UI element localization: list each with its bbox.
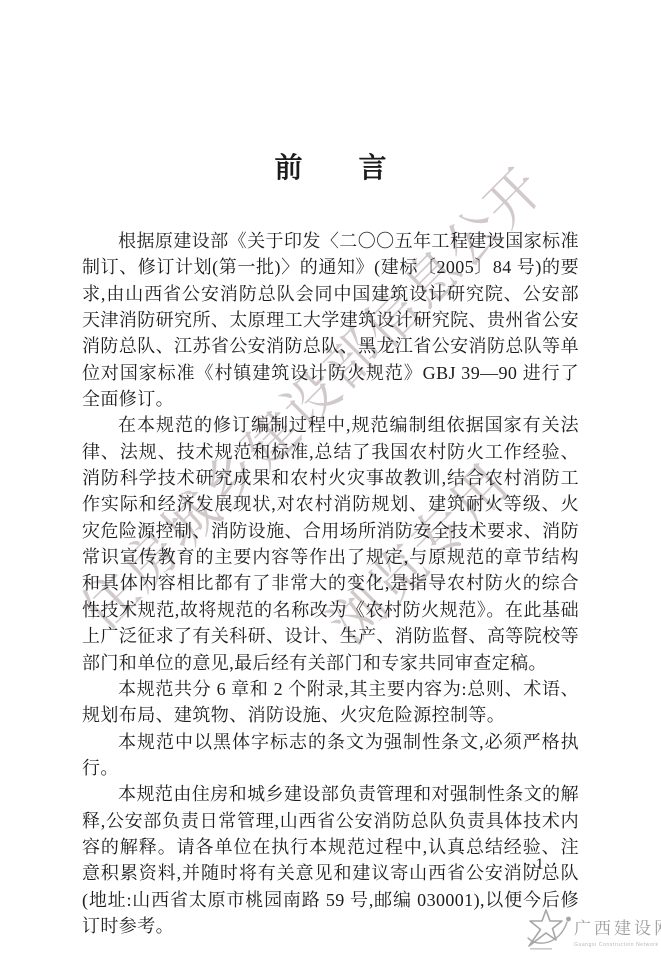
publisher-logo-text: 广西建设网 Guangxi Construction Network xyxy=(574,906,661,948)
publisher-name: 广西建设网 xyxy=(574,914,661,939)
page-title: 前 言 xyxy=(0,146,661,186)
paragraph-revision-notice: 根据原建设部《关于印发〈二〇〇五年工程建设国家标准制订、修订计划(第一批)〉的通… xyxy=(82,228,579,412)
document-body: 根据原建设部《关于印发〈二〇〇五年工程建设国家标准制订、修订计划(第一批)〉的通… xyxy=(82,228,579,939)
paragraph-drafting-process: 在本规范的修订编制过程中,规范编制组依据国家有关法律、法规、技术规范和标准,总结… xyxy=(82,412,579,675)
paragraph-contents-overview: 本规范共分 6 章和 2 个附录,其主要内容为:总则、术语、规划布局、建筑物、消… xyxy=(82,676,579,729)
paragraph-administration-feedback: 本规范由住房和城乡建设部负责管理和对强制性条文的解释,公安部负责日常管理,山西省… xyxy=(82,781,579,939)
page-number: · 1 · xyxy=(522,856,559,874)
publisher-tagline: Guangxi Construction Network xyxy=(574,942,661,948)
publisher-logo: 广西建设网 Guangxi Construction Network xyxy=(522,906,658,952)
document-page: 住房城乡建设部信息公开 浏览专用 前 言 根据原建设部《关于印发〈二〇〇五年工程… xyxy=(0,0,661,958)
paragraph-mandatory-clauses: 本规范中以黑体字标志的条文为强制性条文,必须严格执行。 xyxy=(82,729,579,782)
star-logo-icon xyxy=(522,906,572,952)
